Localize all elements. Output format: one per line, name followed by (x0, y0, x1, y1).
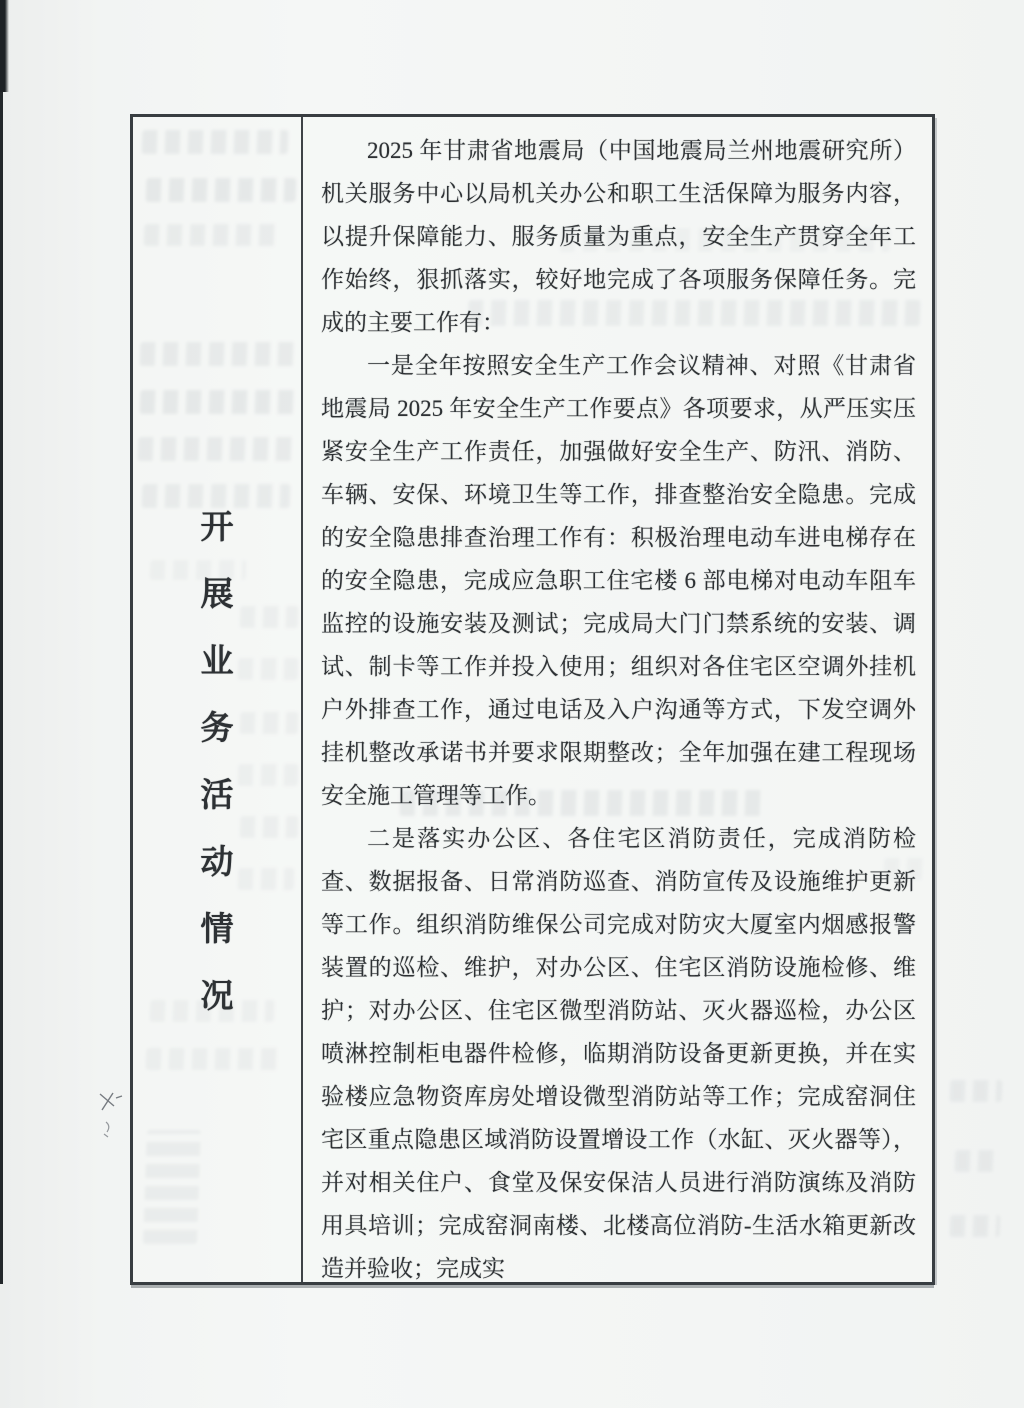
pen-mark-artifact (92, 1088, 128, 1144)
row-header-char: 业 (201, 635, 234, 682)
report-table: 开 展 业 务 活 动 情 况 2025 年甘肃省地震局（中国地震局兰州地震研究… (130, 114, 935, 1285)
row-header-business-activities: 开 展 业 务 活 动 情 况 (133, 501, 301, 1017)
row-header-char: 活 (201, 769, 234, 816)
row-header-char: 情 (201, 903, 234, 950)
bleedthrough-artifact (955, 1150, 1002, 1172)
scan-edge-blob (0, 0, 9, 92)
bleedthrough-artifact (950, 1080, 1003, 1102)
report-paragraph-second-item: 二是落实办公区、各住宅区消防责任，完成消防检查、数据报备、日常消防巡查、消防宣传… (321, 817, 916, 1290)
bleedthrough-artifact (950, 1215, 1001, 1237)
row-header-char: 况 (201, 970, 234, 1017)
row-header-char: 展 (201, 568, 234, 615)
row-header-char: 动 (201, 836, 234, 883)
report-paragraph-overview: 2025 年甘肃省地震局（中国地震局兰州地震研究所）机关服务中心以局机关办公和职… (321, 129, 916, 344)
row-header-char: 务 (201, 702, 234, 749)
row-header-cell: 开 展 业 务 活 动 情 况 (133, 117, 303, 1282)
row-header-char: 开 (201, 501, 234, 548)
report-body-cell: 2025 年甘肃省地震局（中国地震局兰州地震研究所）机关服务中心以局机关办公和职… (303, 117, 932, 1282)
scanned-document-page: { "document": { "row_header": { "label":… (0, 0, 1024, 1408)
scan-edge-strip (0, 0, 3, 1284)
report-paragraph-first-item: 一是全年按照安全生产工作会议精神、对照《甘肃省地震局 2025 年安全生产工作要… (321, 344, 916, 817)
